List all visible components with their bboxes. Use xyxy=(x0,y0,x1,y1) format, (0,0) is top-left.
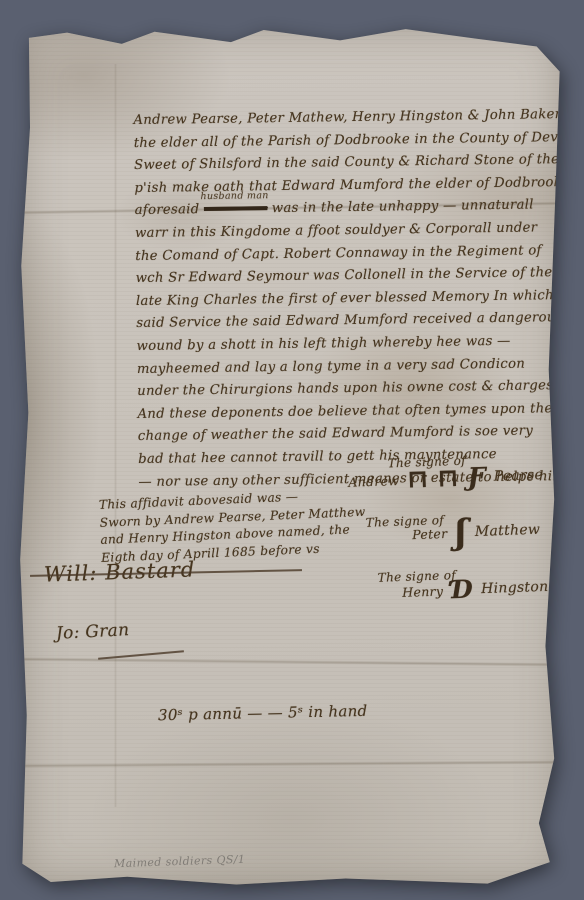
signature-underline xyxy=(98,650,184,659)
line-text: was in the late unhappy — unnaturall xyxy=(272,198,534,217)
fold-crease xyxy=(18,760,564,768)
struck-out-word: ~~~~~~~ xyxy=(204,202,268,218)
witness-surname: Matthew xyxy=(475,522,541,540)
witness-surname: Pearse xyxy=(493,467,543,485)
witness-signature-matthew: The signe of Peter ʃ Matthew xyxy=(366,508,582,545)
witness-mark: ⊓ ⊓ Ƒ xyxy=(407,467,486,490)
manuscript-paper: Andrew Pearse, Peter Mathew, Henry Hings… xyxy=(18,24,564,888)
document-scan: Andrew Pearse, Peter Mathew, Henry Hings… xyxy=(0,0,584,900)
witness-surname: Hingston xyxy=(481,579,549,597)
fold-crease-vertical xyxy=(114,64,117,807)
witness-signature-hingston: The signe of Henry Ɗ Hingston xyxy=(378,563,584,602)
witness-mark: Ɗ xyxy=(451,579,474,600)
jurat-clause: This affidavit abovesaid was — Sworn by … xyxy=(99,486,382,568)
pension-memo: 30ˢ p annū — — 5ˢ in hand xyxy=(158,702,368,724)
witness-forename: Henry xyxy=(402,583,443,599)
archive-pencil-note: Maimed soldiers QS/1 xyxy=(114,853,246,871)
manuscript-body: Andrew Pearse, Peter Mathew, Henry Hings… xyxy=(133,107,570,497)
justice-signature-gran: Jo: Gran xyxy=(56,620,130,644)
witness-forename: Andrew xyxy=(348,472,399,489)
witness-mark: ʃ xyxy=(455,522,467,542)
line-text: aforesaid xyxy=(135,202,200,218)
interlinear-insertion: husband man xyxy=(200,191,268,203)
witness-forename: Peter xyxy=(412,525,448,541)
